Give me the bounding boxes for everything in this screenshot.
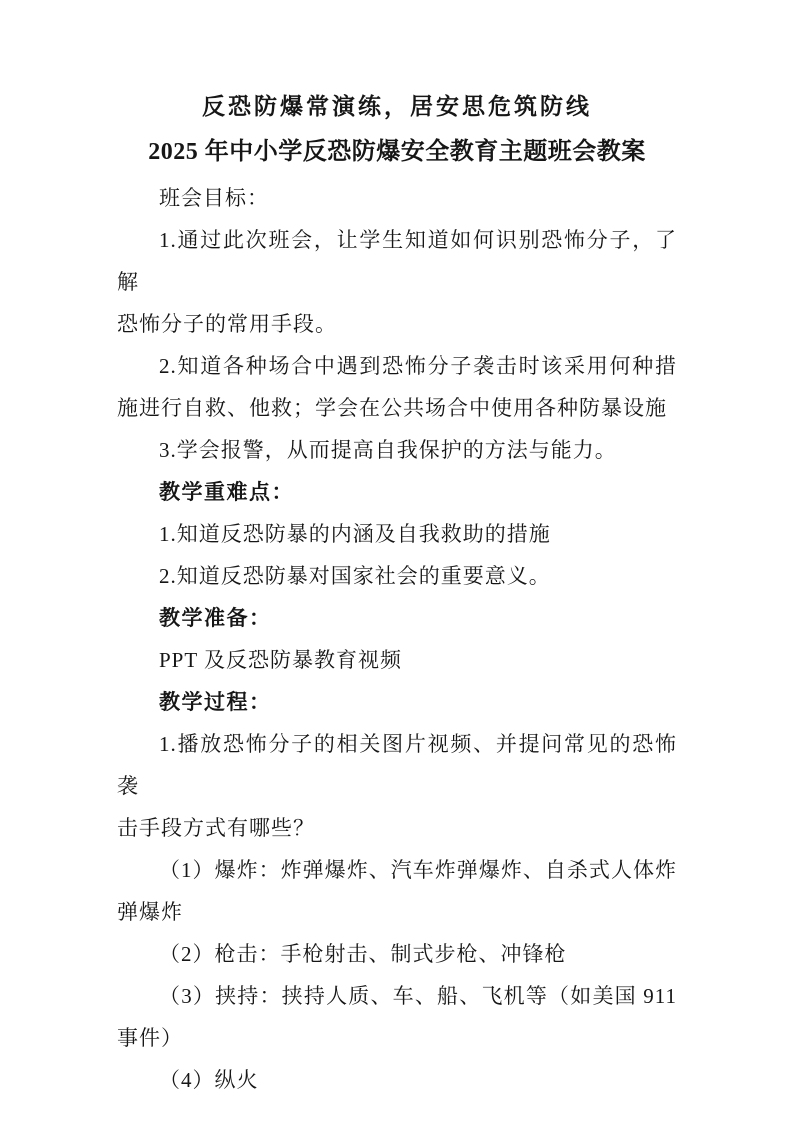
document-title: 反恐防爆常演练，居安思危筑防线 bbox=[117, 84, 677, 129]
paragraph-line: PPT 及反恐防暴教育视频 bbox=[117, 639, 677, 681]
attack-type-4: （4）纵火 bbox=[117, 1059, 677, 1101]
paragraph-line: 3.学会报警，从而提高自我保护的方法与能力。 bbox=[117, 429, 677, 471]
paragraph-line: 班会目标： bbox=[117, 177, 677, 219]
paragraph-line: （1）爆炸：炸弹爆炸、汽车炸弹爆炸、自杀式人体炸 bbox=[117, 849, 677, 891]
section-heading-key-points: 教学重难点： bbox=[117, 471, 677, 513]
goal-item-2: 2.知道各种场合中遇到恐怖分子袭击时该采用何种措施进行自救、他救；学会在公共场合… bbox=[117, 345, 677, 429]
attack-type-2: （2）枪击：手枪射击、制式步枪、冲锋枪 bbox=[117, 933, 677, 975]
paragraph-line: 2.知道反恐防暴对国家社会的重要意义。 bbox=[117, 555, 677, 597]
paragraph-line: 教学准备： bbox=[117, 597, 677, 639]
paragraph-line: 1.知道反恐防暴的内涵及自我救助的措施 bbox=[117, 513, 677, 555]
section-heading-process: 教学过程： bbox=[117, 681, 677, 723]
document-content: 反恐防爆常演练，居安思危筑防线 2025 年中小学反恐防爆安全教育主题班会教案 … bbox=[117, 84, 677, 1101]
paragraph-line: 1.通过此次班会，让学生知道如何识别恐怖分子，了解 bbox=[117, 219, 677, 303]
paragraph-line: 教学重难点： bbox=[117, 471, 677, 513]
goal-item-3: 3.学会报警，从而提高自我保护的方法与能力。 bbox=[117, 429, 677, 471]
document-body: 班会目标：1.通过此次班会，让学生知道如何识别恐怖分子，了解恐怖分子的常用手段。… bbox=[117, 177, 677, 1101]
preparation-item: PPT 及反恐防暴教育视频 bbox=[117, 639, 677, 681]
goal-item-1: 1.通过此次班会，让学生知道如何识别恐怖分子，了解恐怖分子的常用手段。 bbox=[117, 219, 677, 345]
paragraph-line: 恐怖分子的常用手段。 bbox=[117, 303, 677, 345]
key-point-2: 2.知道反恐防暴对国家社会的重要意义。 bbox=[117, 555, 677, 597]
paragraph-line: 施进行自救、他救；学会在公共场合中使用各种防暴设施 bbox=[117, 387, 677, 429]
paragraph-line: （2）枪击：手枪射击、制式步枪、冲锋枪 bbox=[117, 933, 677, 975]
paragraph-line: （3）挟持：挟持人质、车、船、飞机等（如美国 911 bbox=[117, 975, 677, 1017]
key-point-1: 1.知道反恐防暴的内涵及自我救助的措施 bbox=[117, 513, 677, 555]
process-step-1: 1.播放恐怖分子的相关图片视频、并提问常见的恐怖袭击手段方式有哪些？ bbox=[117, 723, 677, 849]
section-label-class-meeting-goals: 班会目标： bbox=[117, 177, 677, 219]
document-page: 反恐防爆常演练，居安思危筑防线 2025 年中小学反恐防爆安全教育主题班会教案 … bbox=[0, 0, 793, 1122]
section-heading-preparation: 教学准备： bbox=[117, 597, 677, 639]
paragraph-line: 2.知道各种场合中遇到恐怖分子袭击时该采用何种措 bbox=[117, 345, 677, 387]
paragraph-line: 事件） bbox=[117, 1017, 677, 1059]
attack-type-1: （1）爆炸：炸弹爆炸、汽车炸弹爆炸、自杀式人体炸弹爆炸 bbox=[117, 849, 677, 933]
attack-type-3: （3）挟持：挟持人质、车、船、飞机等（如美国 911事件） bbox=[117, 975, 677, 1059]
document-subtitle: 2025 年中小学反恐防爆安全教育主题班会教案 bbox=[117, 129, 677, 175]
paragraph-line: 教学过程： bbox=[117, 681, 677, 723]
paragraph-line: 弹爆炸 bbox=[117, 891, 677, 933]
paragraph-line: （4）纵火 bbox=[117, 1059, 677, 1101]
paragraph-line: 击手段方式有哪些？ bbox=[117, 807, 677, 849]
paragraph-line: 1.播放恐怖分子的相关图片视频、并提问常见的恐怖袭 bbox=[117, 723, 677, 807]
